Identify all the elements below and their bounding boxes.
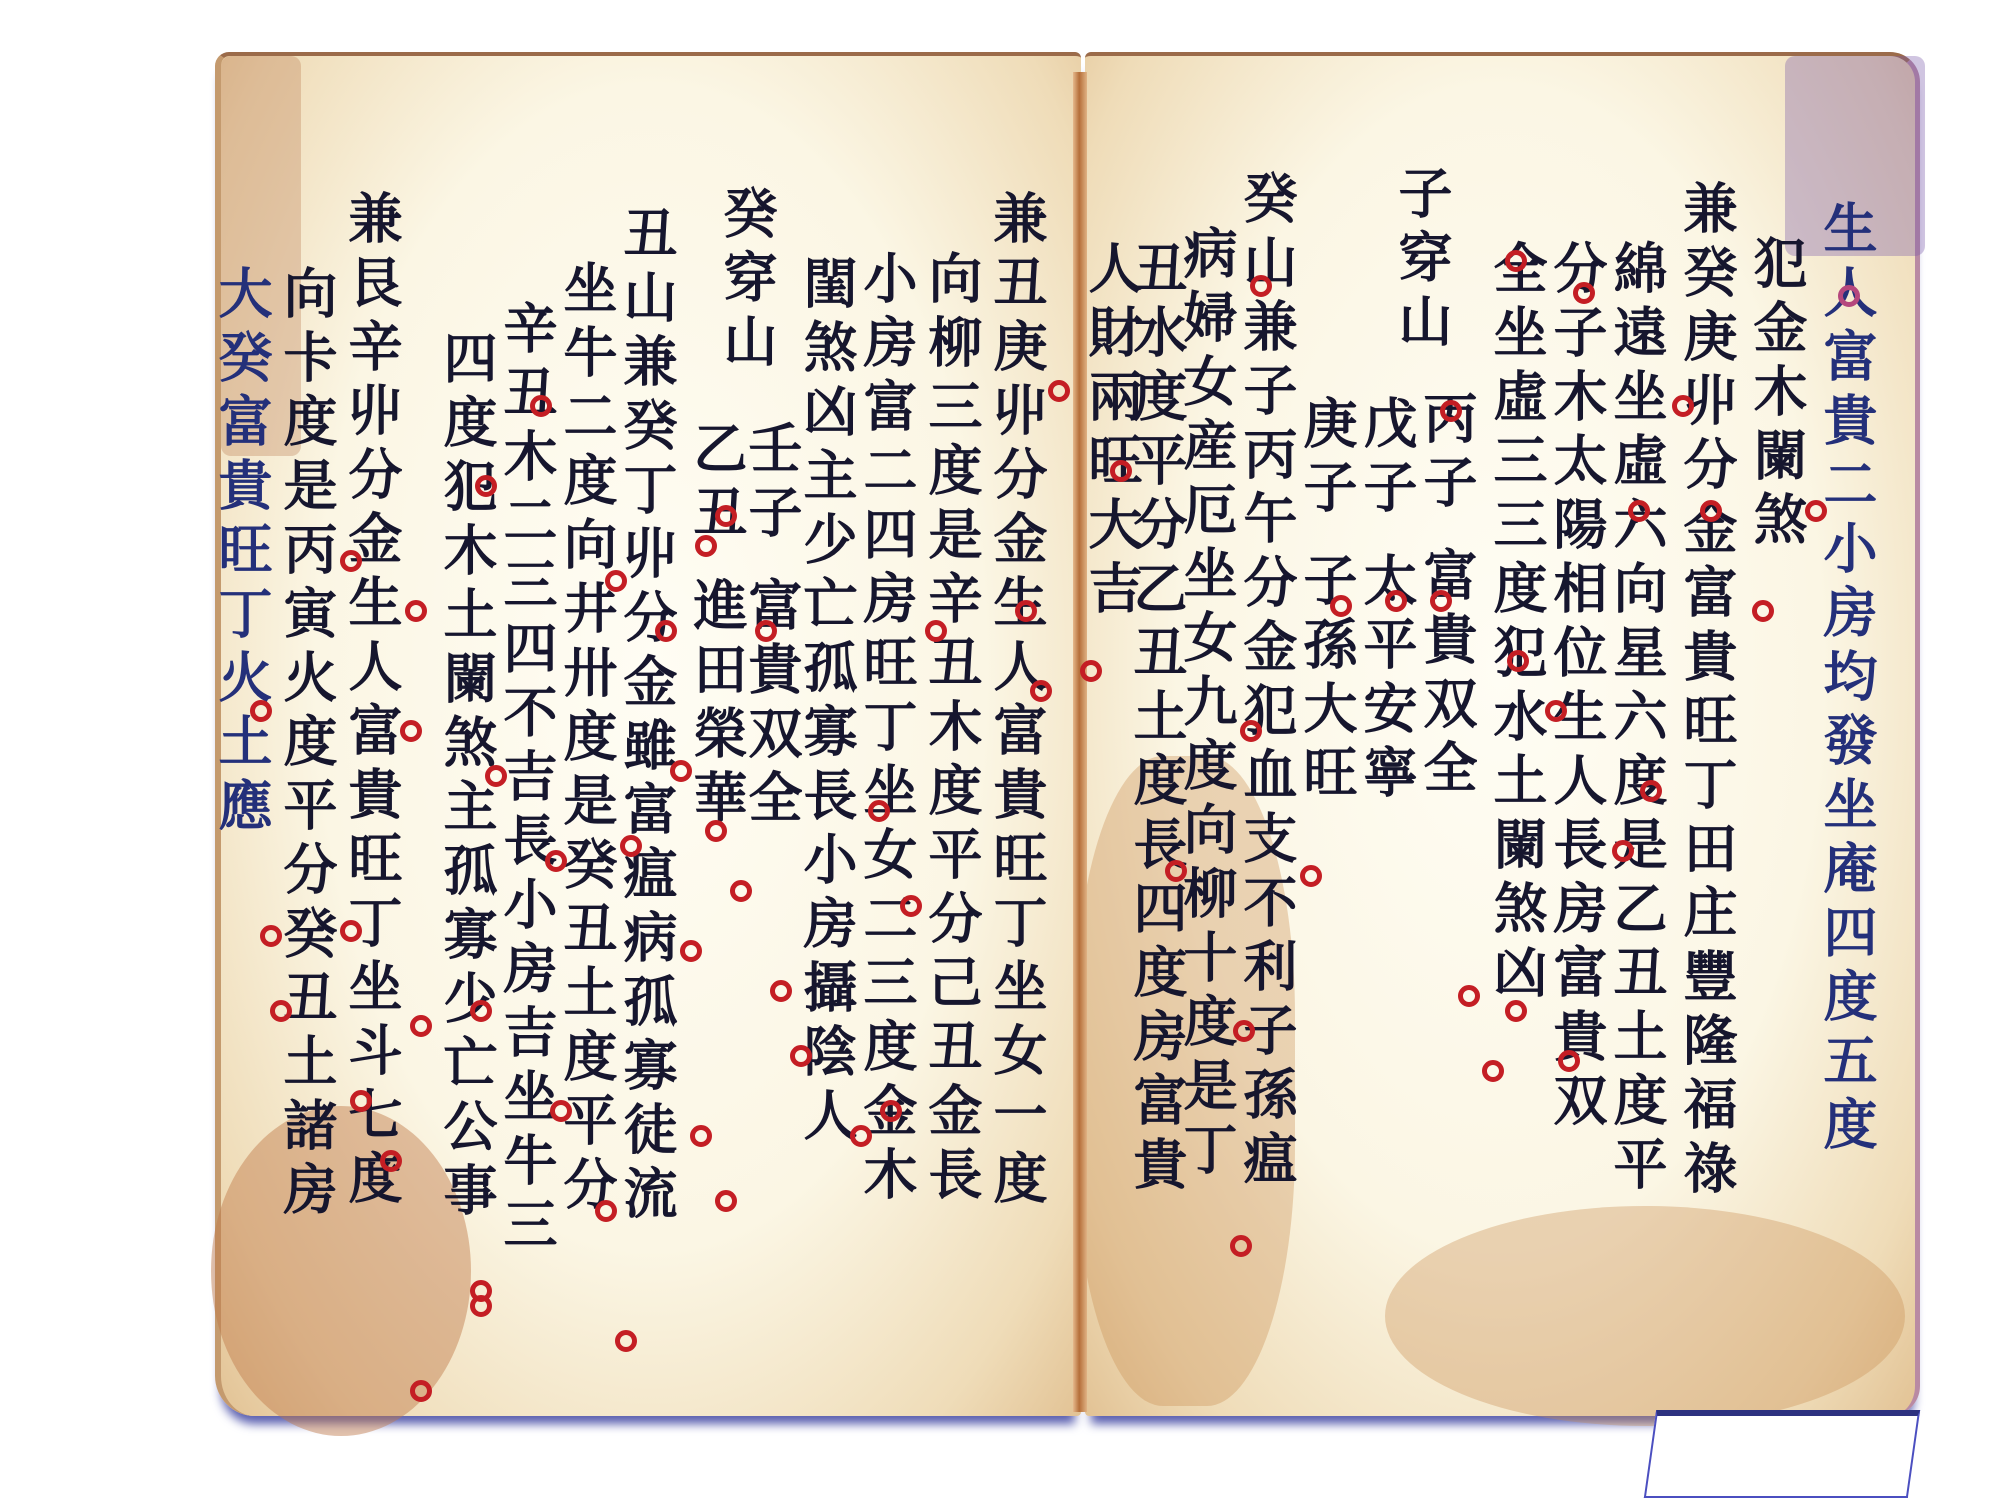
punctuation-mark xyxy=(1573,282,1595,304)
text-column-l4: 癸穿山 xyxy=(720,185,774,377)
punctuation-mark xyxy=(695,535,717,557)
punctuation-mark xyxy=(1838,285,1860,307)
punctuation-mark xyxy=(655,620,677,642)
punctuation-mark xyxy=(1430,590,1452,612)
paper-label-tab xyxy=(1644,1410,1920,1498)
text-column-l13: 大癸富貴旺丁火土應 xyxy=(215,265,269,841)
text-column-l6: 乙丑 進田榮華 xyxy=(690,420,744,833)
punctuation-mark xyxy=(715,1190,737,1212)
punctuation-mark xyxy=(340,920,362,942)
punctuation-mark xyxy=(1015,600,1037,622)
text-column-r5: 全坐虛三三度犯水土闌煞凶 xyxy=(1490,240,1544,1008)
punctuation-mark xyxy=(260,925,282,947)
punctuation-mark xyxy=(405,600,427,622)
text-column-r3: 綿遠坐虛六向星六度是乙丑土度平 xyxy=(1610,240,1664,1200)
punctuation-mark xyxy=(1250,275,1272,297)
punctuation-mark xyxy=(1482,1060,1504,1082)
punctuation-mark xyxy=(690,1125,712,1147)
punctuation-mark xyxy=(550,1100,572,1122)
punctuation-mark xyxy=(730,880,752,902)
punctuation-mark xyxy=(680,940,702,962)
punctuation-mark xyxy=(1330,595,1352,617)
punctuation-mark xyxy=(1240,720,1262,742)
punctuation-mark xyxy=(595,1200,617,1222)
text-column-l12: 向卡度是丙寅火度平分癸丑土諸房 xyxy=(280,265,334,1225)
punctuation-mark xyxy=(1165,860,1187,882)
text-column-l3: 閨煞凶主少亡孤寡長小房攝陰人 xyxy=(800,255,854,1151)
punctuation-mark xyxy=(755,620,777,642)
punctuation-mark xyxy=(1545,700,1567,722)
punctuation-mark xyxy=(900,895,922,917)
punctuation-mark xyxy=(1700,500,1722,522)
punctuation-mark xyxy=(925,620,947,642)
punctuation-mark xyxy=(1230,1235,1252,1257)
punctuation-mark xyxy=(380,1150,402,1172)
text-column-l9: 辛丑木二三四不吉長小房吉坐牛三 xyxy=(500,300,554,1260)
punctuation-mark xyxy=(470,1295,492,1317)
text-column-l0: 兼丑庚丱分金生人富貴旺丁坐女一度 xyxy=(990,190,1044,1214)
punctuation-mark xyxy=(620,835,642,857)
punctuation-mark xyxy=(410,1380,432,1402)
punctuation-mark xyxy=(615,1330,637,1352)
punctuation-mark xyxy=(545,850,567,872)
punctuation-mark xyxy=(530,395,552,417)
punctuation-mark xyxy=(270,1000,292,1022)
punctuation-mark xyxy=(715,505,737,527)
text-column-r4: 分子木太陽相位生人長房富貴双 xyxy=(1550,240,1604,1136)
punctuation-mark xyxy=(1300,865,1322,887)
punctuation-mark xyxy=(1752,600,1774,622)
punctuation-mark xyxy=(475,475,497,497)
text-column-r13: 人財兩旺大吉 xyxy=(1085,240,1139,624)
punctuation-mark xyxy=(1233,1020,1255,1042)
punctuation-mark xyxy=(340,550,362,572)
punctuation-mark xyxy=(1612,840,1634,862)
text-column-r2: 兼癸庚丱分金富貴旺丁田庄豐隆福祿 xyxy=(1680,180,1734,1204)
punctuation-mark xyxy=(1628,500,1650,522)
punctuation-mark xyxy=(1458,985,1480,1007)
punctuation-mark xyxy=(1640,780,1662,802)
text-column-r7: 子穿山 xyxy=(1395,165,1449,357)
punctuation-mark xyxy=(605,570,627,592)
punctuation-mark xyxy=(1080,660,1102,682)
punctuation-mark xyxy=(1505,1000,1527,1022)
punctuation-mark xyxy=(850,1125,872,1147)
punctuation-mark xyxy=(670,760,692,782)
punctuation-mark xyxy=(350,1090,372,1112)
text-column-l7: 丑山兼癸丁丱分金雖富瘟病孤寡徒流 xyxy=(620,205,674,1229)
punctuation-mark xyxy=(1440,400,1462,422)
punctuation-mark xyxy=(400,720,422,742)
punctuation-mark xyxy=(1505,250,1527,272)
punctuation-mark xyxy=(1558,1050,1580,1072)
punctuation-mark xyxy=(485,765,507,787)
punctuation-mark xyxy=(868,800,890,822)
text-column-l2: 小房富二四房旺丁坐女二三度金木 xyxy=(860,250,914,1210)
punctuation-mark xyxy=(250,700,272,722)
text-column-l11: 兼艮辛丱分金生人富貴旺丁坐斗七度 xyxy=(345,190,399,1214)
punctuation-mark xyxy=(770,980,792,1002)
punctuation-mark xyxy=(1672,395,1694,417)
punctuation-mark xyxy=(705,820,727,842)
text-column-r1: 犯金木闌煞 xyxy=(1750,235,1804,555)
punctuation-mark xyxy=(790,1045,812,1067)
punctuation-mark xyxy=(1805,500,1827,522)
punctuation-mark xyxy=(1030,680,1052,702)
punctuation-mark xyxy=(880,1100,902,1122)
punctuation-mark xyxy=(1110,460,1132,482)
punctuation-mark xyxy=(470,1000,492,1022)
punctuation-mark xyxy=(1048,380,1070,402)
punctuation-mark xyxy=(1385,590,1407,612)
punctuation-mark xyxy=(410,1015,432,1037)
text-column-r0: 生人富貴二小房均發坐庵四度五度 xyxy=(1820,200,1874,1160)
text-column-l1: 向柳三度是辛丑木度平分己丑金長 xyxy=(925,250,979,1210)
punctuation-mark xyxy=(1507,650,1529,672)
text-column-l8: 坐牛二度向井卅度是癸丑土度平分 xyxy=(560,260,614,1220)
